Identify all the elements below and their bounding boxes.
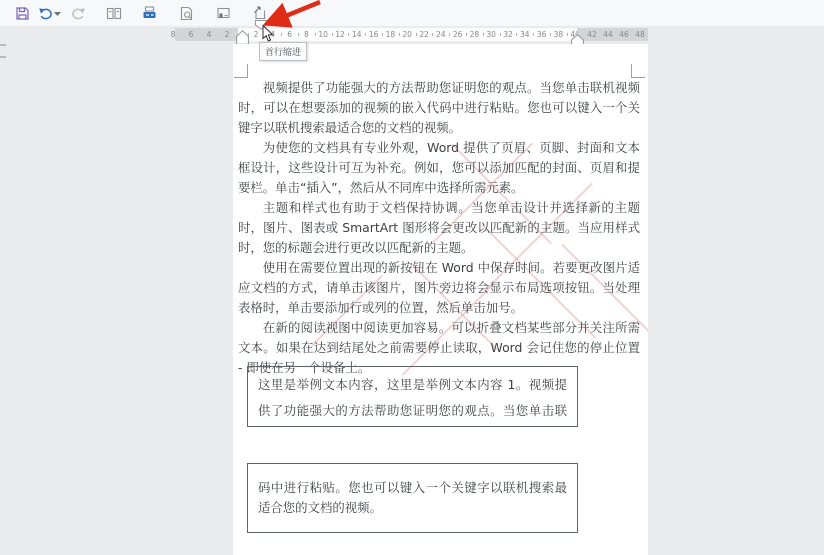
ruler-number: 12 [333,30,347,39]
ruler-number: 32 [501,30,515,39]
ruler-tick [315,33,316,36]
save-button[interactable] [13,4,31,22]
ruler-number: 8 [166,30,180,39]
horizontal-ruler[interactable]: 8642 24681012141618202224262830323436384… [0,28,824,41]
first-line-indent-marker[interactable] [255,20,267,30]
ruler-number: 46 [617,30,631,39]
ruler-tick [516,33,517,36]
share-icon [252,6,267,20]
ruler-number: 4 [266,30,280,39]
ruler-number: 6 [283,30,297,39]
text-boundary-corner-mark [631,64,645,78]
text-box-1[interactable]: 这里是举例文本内容，这里是举例文本内容 1。视频提供了功能强大的方法帮助您证明您… [247,366,578,427]
tooltip-first-line-indent: 首行缩进 [259,42,307,61]
ruler-right-margin: 42444648 [577,28,648,41]
print-icon [142,6,157,20]
ruler-number: 2 [249,30,263,39]
print-preview-button[interactable] [177,4,195,22]
ruler-number: 24 [434,30,448,39]
two-page-view-button[interactable] [105,4,123,22]
text-box-2[interactable]: 码中进行粘贴。您也可以键入一个关键字以联机搜索最适合您的文档的视频。 [247,463,578,533]
paragraph[interactable]: 使用在需要位置出现的新按钮在 Word 中保存时间。若要更改图片适应文档的方式，… [238,258,640,318]
vertical-ruler-edge [0,44,6,46]
ruler-number: 4 [202,30,216,39]
ruler-tick [483,33,484,36]
ruler-tick [416,33,417,36]
ruler-tick [567,33,568,36]
text-box-2-content: 码中进行粘贴。您也可以键入一个关键字以联机搜索最适合您的文档的视频。 [258,478,567,518]
ruler-number: 36 [535,30,549,39]
document-page[interactable]: 视频提供了功能强大的方法帮助您证明您的观点。当您单击联机视频时，可以在想要添加的… [233,44,648,555]
ruler-tick [432,33,433,36]
ruler-tick [332,33,333,36]
ruler-tick [365,33,366,36]
save-icon [15,6,30,21]
document-body-text[interactable]: 视频提供了功能强大的方法帮助您证明您的观点。当您单击联机视频时，可以在想要添加的… [238,78,640,378]
vertical-ruler-edge [0,56,6,58]
ruler-tick [500,33,501,36]
ruler-text-area: 246810121416182022242628303234363840 [238,28,577,41]
ruler-tick [550,33,551,36]
ruler-number: 30 [484,30,498,39]
ruler-tick [466,33,467,36]
quick-access-toolbar [0,0,824,26]
hanging-indent-marker[interactable] [236,30,249,45]
undo-dropdown-button[interactable] [52,4,62,22]
ruler-number: 42 [585,30,599,39]
redo-icon [70,6,86,20]
ruler-tick [533,33,534,36]
paragraph[interactable]: 视频提供了功能强大的方法帮助您证明您的观点。当您单击联机视频时，可以在想要添加的… [238,78,640,138]
clipboard-button[interactable] [214,4,232,22]
chevron-down-icon [54,11,61,16]
print-button[interactable] [140,4,158,22]
ruler-tick [399,33,400,36]
ruler-number: 6 [184,30,198,39]
ruler-number: 10 [316,30,330,39]
text-boundary-corner-mark [234,64,248,78]
two-page-view-icon [106,7,122,20]
ruler-tick [348,33,349,36]
ruler-number: 48 [633,30,647,39]
paragraph[interactable]: 为使您的文档具有专业外观，Word 提供了页眉、页脚、封面和文本框设计，这些设计… [238,138,640,198]
ruler-tick [298,33,299,36]
ruler-number: 28 [467,30,481,39]
ruler-number: 16 [367,30,381,39]
paragraph[interactable]: 主题和样式也有助于文档保持协调。当您单击设计并选择新的主题时，图片、图表或 Sm… [238,198,640,258]
ruler-number: 44 [601,30,615,39]
ruler-number: 8 [299,30,313,39]
ruler-number: 26 [451,30,465,39]
ruler-left-margin: 8642 [175,28,238,41]
ruler-tick [382,33,383,36]
app-window: 8642 24681012141618202224262830323436384… [0,0,824,555]
ruler-number: 20 [400,30,414,39]
ruler-tick [449,33,450,36]
print-preview-icon [179,6,194,21]
ruler-number: 38 [551,30,565,39]
ruler-number: 2 [220,30,234,39]
redo-button[interactable] [69,4,87,22]
ruler-tick [281,33,282,36]
clipboard-icon [216,6,231,20]
ruler-number: 14 [350,30,364,39]
ruler-number: 34 [518,30,532,39]
text-box-1-content: 这里是举例文本内容，这里是举例文本内容 1。视频提供了功能强大的方法帮助您证明您… [258,377,567,427]
ruler-tick [264,33,265,36]
ruler-number: 18 [383,30,397,39]
ruler-number: 22 [417,30,431,39]
